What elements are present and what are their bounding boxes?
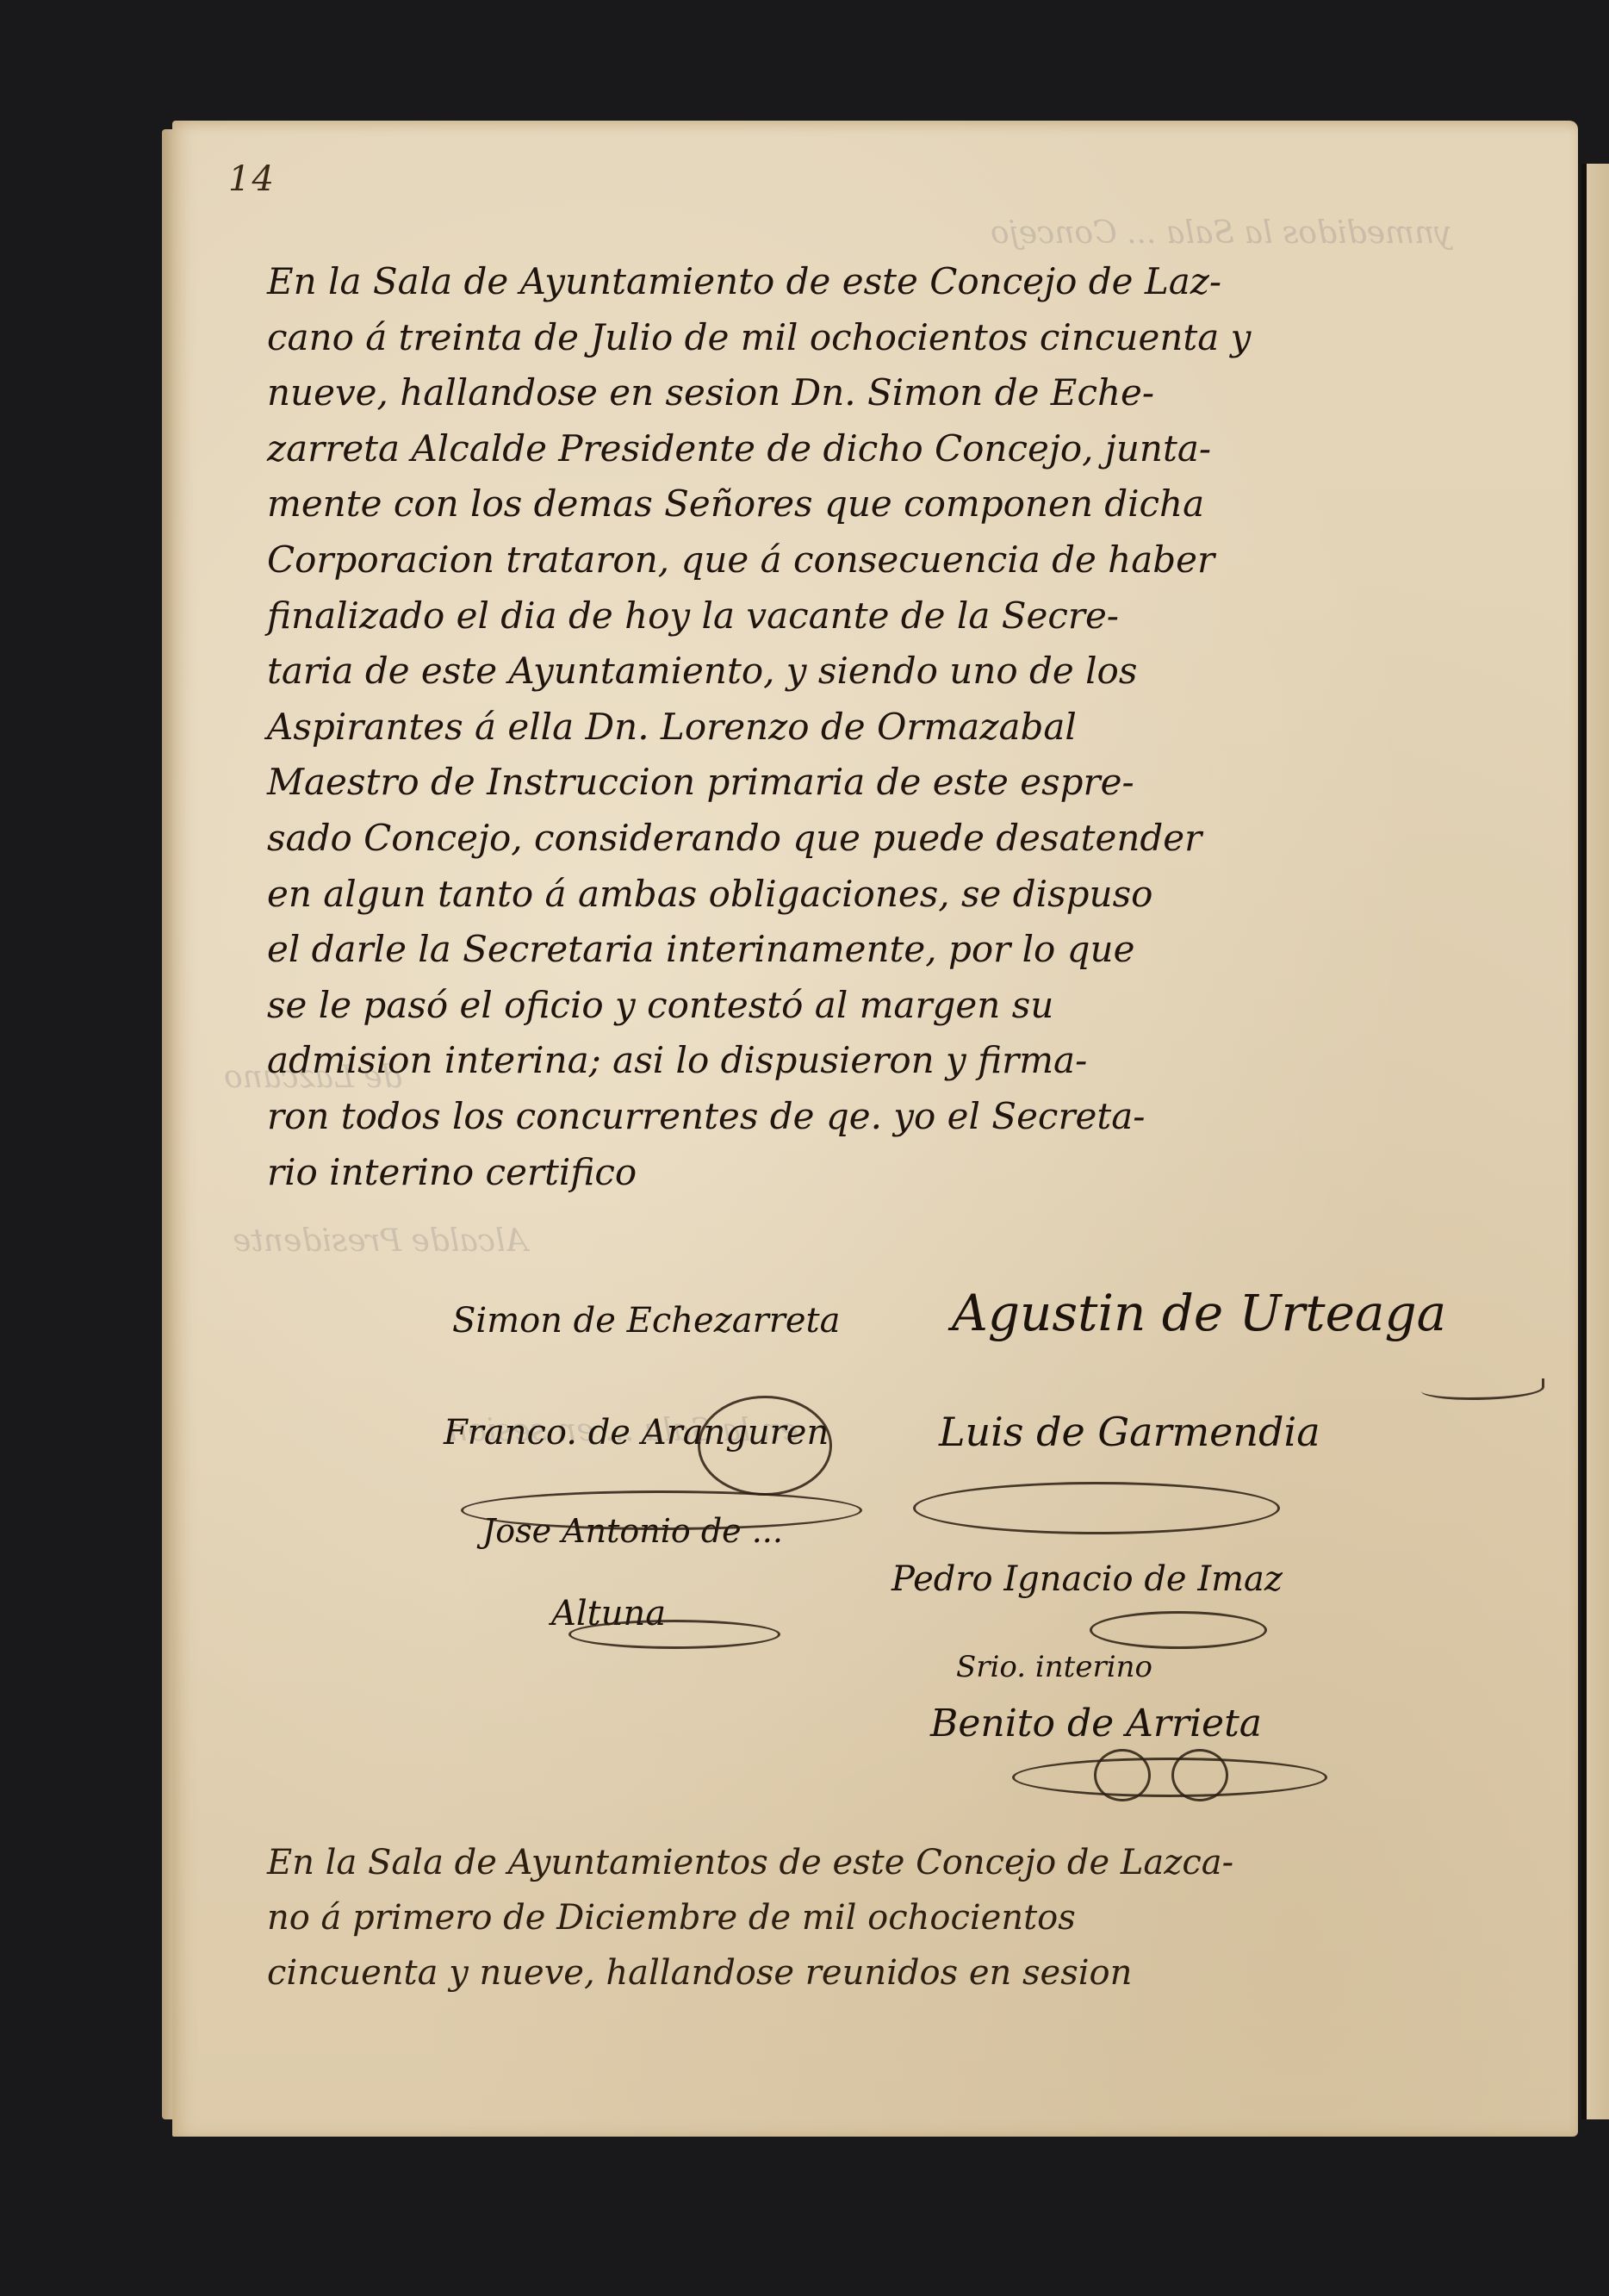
rubric-flourish [568, 1620, 780, 1649]
text-line: admision interina; asi lo dispusieron y … [267, 1033, 1542, 1089]
text-line: se le pasó el oficio y contestó al marge… [267, 978, 1542, 1034]
text-line: Corporacion trataron, que á consecuencia… [267, 532, 1542, 588]
signature-luis-garmendia: Luis de Garmendia [939, 1409, 1320, 1455]
signature-pedro-ignacio-imaz: Pedro Ignacio de Imaz [891, 1559, 1283, 1599]
adjacent-page-edge [1581, 164, 1609, 2119]
text-line: zarreta Alcalde Presidente de dicho Conc… [267, 421, 1542, 477]
text-line: finalizado el dia de hoy la vacante de l… [267, 588, 1542, 644]
text-line: mente con los demas Señores que componen… [267, 476, 1542, 532]
text-line: ron todos los concurrentes de qe. yo el … [267, 1089, 1542, 1145]
rubric-flourish [1012, 1758, 1327, 1797]
signature-simon-echezarreta: Simon de Echezarreta [452, 1301, 840, 1341]
text-line: Aspirantes á ella Dn. Lorenzo de Ormazab… [267, 700, 1542, 756]
rubric-flourish [1094, 1749, 1151, 1801]
text-line: En la Sala de Ayuntamiento de este Conce… [267, 254, 1542, 310]
folio-number: 14 [228, 159, 276, 199]
text-line: nueve, hallandose en sesion Dn. Simon de… [267, 365, 1542, 421]
text-line: En la Sala de Ayuntamientos de este Conc… [267, 1835, 1542, 1890]
text-line: cano á treinta de Julio de mil ochocient… [267, 310, 1542, 366]
signature-title-srio-interino: Srio. interino [956, 1650, 1152, 1684]
text-line: rio interino certifico [267, 1145, 1542, 1201]
signature-agustin-urteaga: Agustin de Urteaga [952, 1284, 1446, 1342]
text-line: no á primero de Diciembre de mil ochocie… [267, 1890, 1542, 1945]
entry-1-text: En la Sala de Ayuntamiento de este Conce… [267, 254, 1542, 1200]
rubric-flourish [698, 1396, 832, 1496]
bleed-through-text: ynmedidos la Sala ... Concejo [991, 215, 1452, 251]
rubric-flourish [461, 1490, 862, 1530]
text-line: cincuenta y nueve, hallandose reunidos e… [267, 1945, 1542, 2000]
text-line: Maestro de Instruccion primaria de este … [267, 755, 1542, 811]
entry-2-text: En la Sala de Ayuntamientos de este Conc… [267, 1835, 1542, 2000]
text-line: en algun tanto á ambas obligaciones, se … [267, 867, 1542, 923]
text-line: taria de este Ayuntamiento, y siendo uno… [267, 644, 1542, 700]
text-line: el darle la Secretaria interinamente, po… [267, 922, 1542, 978]
rubric-flourish [1090, 1611, 1267, 1649]
text-line: sado Concejo, considerando que puede des… [267, 811, 1542, 867]
bleed-through-text: Alcalde Presidente [233, 1223, 527, 1259]
rubric-flourish [913, 1482, 1280, 1534]
rubric-flourish [1171, 1749, 1228, 1801]
signature-benito-arrieta: Benito de Arrieta [930, 1702, 1262, 1745]
